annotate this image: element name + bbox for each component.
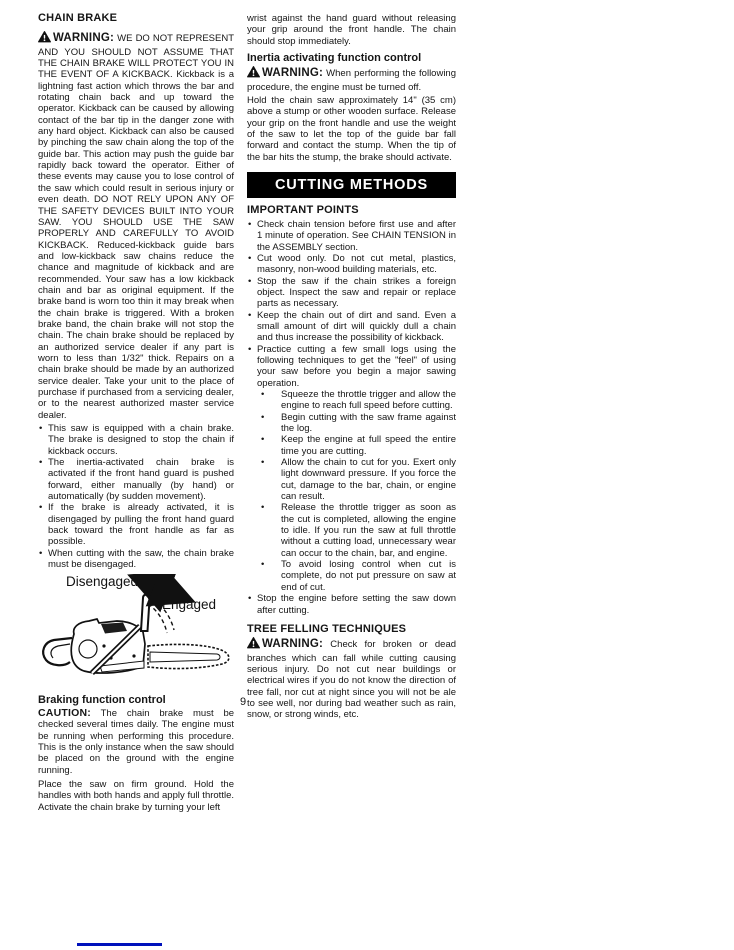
- engaged-label: Engaged: [162, 598, 216, 612]
- tree-felling-heading: TREE FELLING TECHNIQUES: [247, 624, 456, 635]
- bullet-item: Practice cutting a few small logs using …: [247, 344, 456, 389]
- hand-guard-disengaged: [141, 594, 150, 630]
- right-column: wrist against the hand guard without rel…: [247, 13, 456, 723]
- inertia-procedure-paragraph: Hold the chain saw approximately 14" (35…: [247, 95, 456, 163]
- warning-body-text: WE DO NOT REPRESENT AND YOU SHOULD NOT A…: [38, 33, 234, 420]
- chainsaw-illustration: [38, 574, 234, 688]
- disengaged-label: Disengaged: [66, 575, 138, 589]
- cutting-methods-banner: CUTTING METHODS: [247, 172, 456, 198]
- sub-bullet-item: Allow the chain to cut for you. Exert on…: [247, 457, 456, 502]
- bullet-item: Stop the saw if the chain strikes a fore…: [247, 276, 456, 310]
- manual-page: CHAIN BRAKE WARNING: WE DO NOT REPRESENT…: [0, 0, 734, 950]
- braking-function-heading: Braking function control: [38, 695, 234, 706]
- double-headed-arrow-icon: [148, 583, 175, 594]
- bullet-item: If the brake is already activated, it is…: [38, 502, 234, 547]
- bullet-item: This saw is equipped with a chain brake.…: [38, 423, 234, 457]
- important-points-list: Check chain tension before first use and…: [247, 219, 456, 389]
- bullet-item: When cutting with the saw, the chain bra…: [38, 548, 234, 571]
- warning-label: WARNING:: [262, 638, 323, 650]
- chain-brake-bullet-list: This saw is equipped with a chain brake.…: [38, 423, 234, 570]
- sub-bullet-item: To avoid losing control when cut is comp…: [247, 559, 456, 593]
- bullet-item: Stop the engine before setting the saw d…: [247, 593, 456, 616]
- warning-body-text: Check for broken or dead branches which …: [247, 639, 456, 720]
- bullet-item: Cut wood only. Do not cut metal, plastic…: [247, 253, 456, 276]
- inertia-heading: Inertia activating function control: [247, 53, 456, 64]
- bolt-dot: [102, 644, 105, 647]
- chain-brake-warning: WARNING: WE DO NOT REPRESENT AND YOU SHO…: [38, 31, 234, 421]
- bullet-item: Check chain tension before first use and…: [247, 219, 456, 253]
- caution-label: CAUTION:: [38, 707, 91, 719]
- warning-triangle-icon: [247, 637, 260, 652]
- footer-accent-line: [77, 943, 162, 946]
- sub-bullet-item: Squeeze the throttle trigger and allow t…: [247, 389, 456, 412]
- chain-brake-heading: CHAIN BRAKE: [38, 13, 234, 24]
- chainsaw-diagram: Disengaged Engaged: [38, 574, 234, 688]
- tree-felling-warning: WARNING: Check for broken or dead branch…: [247, 637, 456, 720]
- warning-label: WARNING:: [262, 67, 323, 79]
- rear-handle-inner: [51, 644, 70, 658]
- sub-bullet-item: Keep the engine at full speed the entire…: [247, 434, 456, 457]
- rear-handle: [43, 638, 72, 665]
- bolt-dot: [132, 654, 135, 657]
- warning-triangle-icon: [247, 66, 260, 81]
- sub-bullet-item: Begin cutting with the saw frame against…: [247, 412, 456, 435]
- practice-techniques-list: Squeeze the throttle trigger and allow t…: [247, 389, 456, 593]
- warning-triangle-icon: [38, 31, 51, 46]
- guide-bar: [150, 652, 220, 662]
- page-number: 9: [240, 696, 246, 708]
- braking-paragraph: Place the saw on firm ground. Hold the h…: [38, 779, 234, 813]
- left-column: CHAIN BRAKE WARNING: WE DO NOT REPRESENT…: [38, 13, 234, 814]
- caution-paragraph: CAUTION: The chain brake must be checked…: [38, 708, 234, 776]
- continuation-paragraph: wrist against the hand guard without rel…: [247, 13, 456, 47]
- inertia-warning: WARNING: When performing the following p…: [247, 66, 456, 93]
- bullet-item: The inertia-activated chain brake is act…: [38, 457, 234, 502]
- warning-label: WARNING:: [53, 32, 114, 44]
- stop-engine-list: Stop the engine before setting the saw d…: [247, 593, 456, 616]
- important-points-heading: IMPORTANT POINTS: [247, 205, 456, 216]
- bullet-item: Keep the chain out of dirt and sand. Eve…: [247, 310, 456, 344]
- sub-bullet-item: Release the throttle trigger as soon as …: [247, 502, 456, 559]
